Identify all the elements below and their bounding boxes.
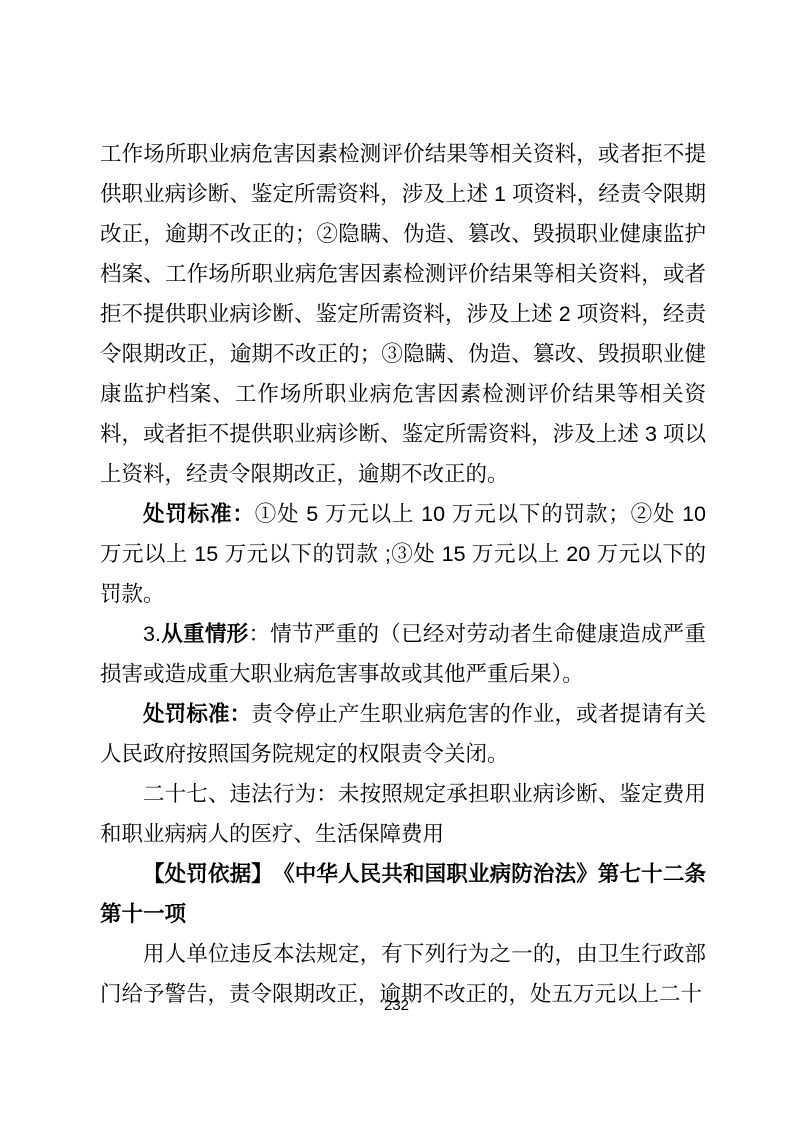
text-block: 工作场所职业病危害因素检测评价结果等相关资料，或者拒不提供职业病诊断、鉴定所需资… <box>100 134 706 1014</box>
paragraph-aggravating-circumstance: 3.从重情形：情节严重的（已经对劳动者生命健康造成严重损害或造成重大职业病危害事… <box>100 614 706 694</box>
paragraph-penalty-standard-2: 处罚标准：责令停止产生职业病危害的作业，或者提请有关人民政府按照国务院规定的权限… <box>100 694 706 774</box>
paragraph-penalty-standard-1: 处罚标准：①处 5 万元以上 10 万元以下的罚款；②处 10 万元以上 15 … <box>100 494 706 614</box>
penalty-standard-1-label: 处罚标准： <box>143 502 255 526</box>
aggravating-number: 3. <box>143 622 161 646</box>
aggravating-label: 从重情形 <box>161 622 249 646</box>
paragraph-penalty-basis: 【处罚依据】 《中华人民共和国职业病防治法》第七十二条第十一项 <box>100 854 706 934</box>
document-page: 工作场所职业病危害因素检测评价结果等相关资料，或者拒不提供职业病诊断、鉴定所需资… <box>0 0 793 1122</box>
penalty-standard-2-label: 处罚标准： <box>143 702 251 726</box>
paragraph-violation-27: 二十七、违法行为：未按照规定承担职业病诊断、鉴定费用和职业病病人的医疗、生活保障… <box>100 774 706 854</box>
paragraph-violation-detail-continued: 工作场所职业病危害因素检测评价结果等相关资料，或者拒不提供职业病诊断、鉴定所需资… <box>100 134 706 494</box>
page-number: 232 <box>0 997 793 1014</box>
